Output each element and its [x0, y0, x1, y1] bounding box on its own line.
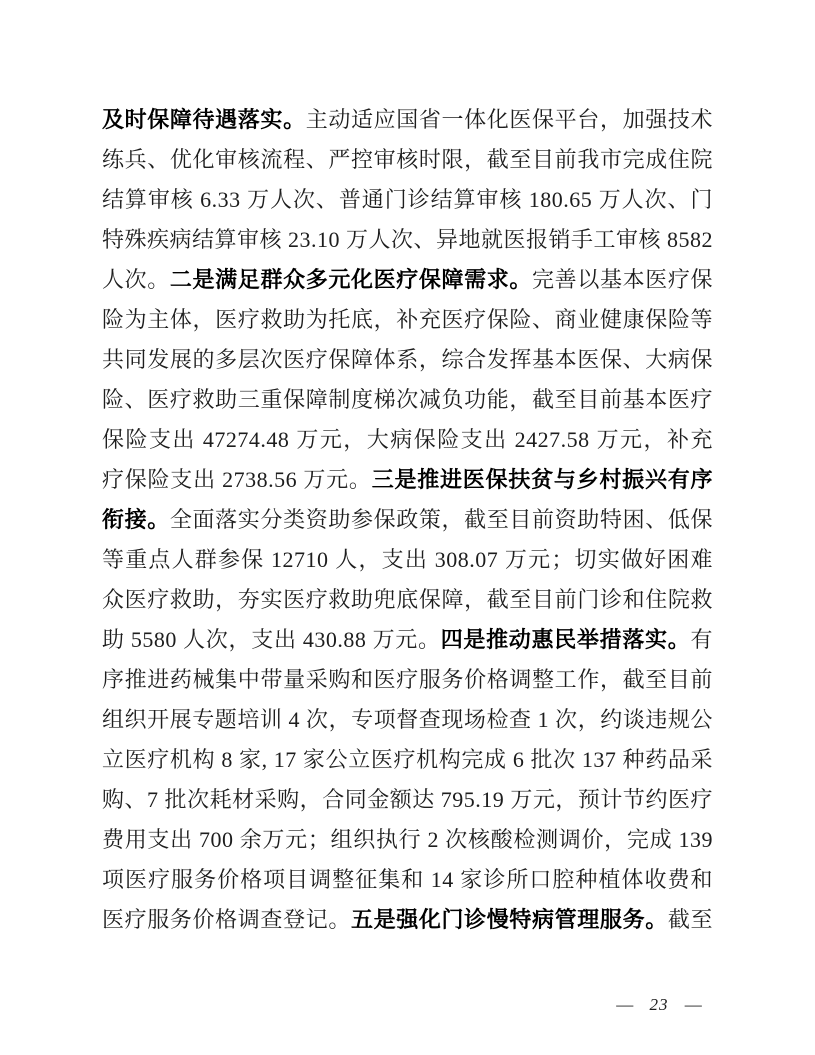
text-line: 结算审核 6.33 万人次、普通门诊结算审核 180.65 万人次、门诊: [102, 180, 713, 220]
body-text: 完善以基本医疗保: [532, 267, 713, 292]
emphasis-text: 及时保障待遇落实。: [102, 107, 306, 132]
body-text: 共同发展的多层次医疗保障体系，综合发挥基本医保、大病保: [102, 347, 713, 372]
body-text: 全面落实分类资助参保政策，截至目前资助特困、低保: [170, 507, 713, 532]
text-line: 人次。二是满足群众多元化医疗保障需求。完善以基本医疗保: [102, 260, 713, 300]
body-text: 险、医疗救助三重保障制度梯次减负功能，截至目前基本医疗: [102, 387, 713, 412]
body-text: 结算审核 6.33 万人次、普通门诊结算审核 180.65 万人次、门诊: [102, 187, 713, 220]
text-line: 费用支出 700 余万元；组织执行 2 次核酸检测调价，完成 139: [102, 820, 713, 860]
body-text: 项医疗服务价格项目调整征集和 14 家诊所口腔种植体收费和: [102, 867, 713, 892]
text-line: 众医疗救助，夯实医疗救助兜底保障，截至目前门诊和住院救: [102, 580, 713, 620]
text-line: 险为主体，医疗救助为托底，补充医疗保险、商业健康保险等: [102, 300, 713, 340]
text-line: 保险支出 47274.48 万元，大病保险支出 2427.58 万元，补充医: [102, 420, 713, 460]
document-text-block: 及时保障待遇落实。主动适应国省一体化医保平台，加强技术练兵、优化审核流程、严控审…: [102, 100, 713, 940]
emphasis-text: 衔接。: [102, 507, 170, 532]
body-text: 序推进药械集中带量采购和医疗服务价格调整工作，截至目前: [102, 667, 713, 692]
text-line: 特殊疾病结算审核 23.10 万人次、异地就医报销手工审核 8582: [102, 220, 713, 260]
text-line: 序推进药械集中带量采购和医疗服务价格调整工作，截至目前: [102, 660, 713, 700]
body-text: 主动适应国省一体化医保平台，加强技术: [306, 107, 713, 132]
text-line: 及时保障待遇落实。主动适应国省一体化医保平台，加强技术: [102, 100, 713, 140]
text-line: 购、7 批次耗材采购，合同金额达 795.19 万元，预计节约医疗: [102, 780, 713, 820]
body-text: 特殊疾病结算审核 23.10 万人次、异地就医报销手工审核 8582: [102, 227, 713, 252]
footer-dash-left: —: [616, 995, 633, 1014]
body-text: 组织开展专题培训 4 次，专项督查现场检查 1 次，约谈违规公: [102, 707, 713, 732]
document-page: 及时保障待遇落实。主动适应国省一体化医保平台，加强技术练兵、优化审核流程、严控审…: [0, 0, 815, 1055]
text-line: 组织开展专题培训 4 次，专项督查现场检查 1 次，约谈违规公: [102, 700, 713, 740]
emphasis-text: 二是满足群众多元化医疗保障需求。: [170, 267, 532, 292]
body-text: 购、7 批次耗材采购，合同金额达 795.19 万元，预计节约医疗: [102, 787, 713, 812]
body-text: 保险支出 47274.48 万元，大病保险支出 2427.58 万元，补充医: [102, 427, 713, 460]
body-text: 医疗服务价格调查登记。: [102, 907, 351, 932]
emphasis-text: 三是推进医保扶贫与乡村振兴有序: [372, 467, 713, 492]
body-text: 费用支出 700 余万元；组织执行 2 次核酸检测调价，完成 139: [102, 827, 713, 852]
body-text: 众医疗救助，夯实医疗救助兜底保障，截至目前门诊和住院救: [102, 587, 713, 612]
body-text: 等重点人群参保 12710 人，支出 308.07 万元；切实做好困难群: [102, 547, 713, 580]
text-line: 险、医疗救助三重保障制度梯次减负功能，截至目前基本医疗: [102, 380, 713, 420]
body-text: 截至: [668, 907, 713, 932]
text-line: 衔接。全面落实分类资助参保政策，截至目前资助特困、低保: [102, 500, 713, 540]
page-footer: — 23 —: [600, 992, 718, 1018]
text-line: 疗保险支出 2738.56 万元。三是推进医保扶贫与乡村振兴有序: [102, 460, 713, 500]
text-line: 助 5580 人次，支出 430.88 万元。四是推动惠民举措落实。有: [102, 620, 713, 660]
body-text: 练兵、优化审核流程、严控审核时限，截至目前我市完成住院: [102, 147, 713, 172]
text-line: 立医疗机构 8 家, 17 家公立医疗机构完成 6 批次 137 种药品采: [102, 740, 713, 780]
text-line: 共同发展的多层次医疗保障体系，综合发挥基本医保、大病保: [102, 340, 713, 380]
body-text: 有: [690, 627, 713, 652]
text-line: 医疗服务价格调查登记。五是强化门诊慢特病管理服务。截至: [102, 900, 713, 940]
text-line: 等重点人群参保 12710 人，支出 308.07 万元；切实做好困难群: [102, 540, 713, 580]
footer-dash-right: —: [685, 995, 702, 1014]
text-line: 项医疗服务价格项目调整征集和 14 家诊所口腔种植体收费和: [102, 860, 713, 900]
text-line: 练兵、优化审核流程、严控审核时限，截至目前我市完成住院: [102, 140, 713, 180]
emphasis-text: 四是推动惠民举措落实。: [441, 627, 691, 652]
body-text: 疗保险支出 2738.56 万元。: [102, 467, 372, 492]
page-number: 23: [650, 995, 669, 1014]
body-text: 助 5580 人次，支出 430.88 万元。: [102, 627, 441, 652]
body-text: 人次。: [102, 267, 170, 292]
emphasis-text: 五是强化门诊慢特病管理服务。: [351, 907, 668, 932]
body-text: 险为主体，医疗救助为托底，补充医疗保险、商业健康保险等: [102, 307, 713, 332]
body-text: 立医疗机构 8 家, 17 家公立医疗机构完成 6 批次 137 种药品采: [102, 747, 713, 772]
